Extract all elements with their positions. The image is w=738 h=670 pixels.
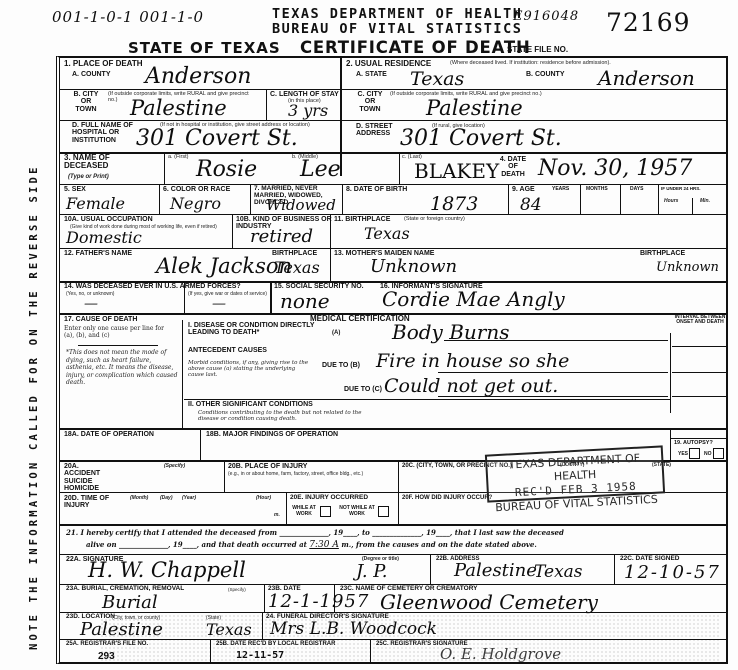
mother-birthplace-label: BIRTHPLACE (640, 250, 685, 257)
date-of-death-field[interactable]: Nov. 30, 1957 (538, 156, 692, 181)
scan-noise (100, 614, 720, 664)
injury-month-label: (Month) (130, 495, 148, 501)
mother-birthplace-field[interactable]: Unknown (656, 260, 719, 275)
not-at-work-option[interactable]: NOT WHILE AT WORK (338, 506, 389, 517)
age-hours-label: Hours (664, 198, 678, 204)
autopsy-no-option[interactable]: NO (704, 448, 724, 459)
marital-field[interactable]: Widowed (266, 196, 336, 214)
date-signed-field[interactable]: 12-10-57 (624, 562, 721, 583)
father-label: 12. FATHER'S NAME (64, 250, 132, 257)
injury-hour-label: (Hour) (256, 495, 271, 501)
father-field[interactable]: Alek Jackson (156, 254, 292, 278)
due-to-c-label: DUE TO (c) (344, 386, 382, 393)
while-at-work-label: WHILE AT WORK (290, 506, 318, 517)
injury-year-label: (Year) (182, 495, 196, 501)
certificate-title: CERTIFICATE OF DEATH (300, 38, 531, 57)
e-number: E916048 (513, 9, 579, 24)
cause-a-marker: (a) (332, 330, 340, 336)
res-county-field[interactable]: Anderson (598, 66, 695, 90)
armed-forces-field[interactable]: — (84, 296, 98, 312)
not-at-work-checkbox[interactable] (378, 506, 389, 517)
res-state-field[interactable]: Texas (410, 68, 464, 90)
side-note: NOTE THE INFORMATION CALLED FOR ON THE R… (28, 164, 40, 650)
injury-type-label: 20a. ACCIDENT SUICIDE HOMICIDE (64, 463, 114, 492)
certifier-signature-field[interactable]: H. W. Chappell (88, 558, 246, 582)
received-stamp: TEXAS DEPARTMENT OF HEALTH REC'D FEB 3 1… (485, 445, 665, 502)
antecedent-note: Morbid conditions, if any, giving rise t… (188, 360, 312, 378)
autopsy-no-checkbox[interactable] (713, 448, 724, 459)
burial-date-field[interactable]: 12-1-1957 (268, 591, 369, 612)
age-days-label: DAYS (630, 187, 643, 192)
cause-i-label: I. DISEASE OR CONDITION DIRECTLY LEADING… (188, 322, 326, 337)
birthplace-field[interactable]: Texas (364, 224, 410, 243)
interval-label: INTERVAL BETWEEN ONSET AND DEATH (673, 315, 727, 326)
certification-line-2: alive on ______________, 19____, and tha… (86, 540, 537, 550)
death-time-field[interactable]: 7:30 A (309, 540, 339, 550)
department-title: TEXAS DEPARTMENT OF HEALTH (272, 6, 522, 22)
cause-footnote: *This does not mean the mode of dying, s… (66, 349, 178, 387)
how-injury-label: 20f. HOW DID INJURY OCCUR? (402, 495, 492, 501)
injury-m-label: m. (274, 512, 280, 518)
county-label: a. COUNTY (72, 71, 111, 78)
informant-field[interactable]: Cordie Mae Angly (382, 287, 565, 311)
dob-label: 8. DATE OF BIRTH (346, 186, 407, 193)
res-street-label: d. STREET ADDRESS (356, 123, 396, 138)
birthplace-label: 11. BIRTHPLACE (334, 216, 390, 223)
other-conditions-label: II. OTHER SIGNIFICANT CONDITIONS (188, 401, 313, 408)
hospital-label: d. FULL NAME OF HOSPITAL OR INSTITUTION (72, 122, 142, 144)
antecedent-label: ANTECEDENT CAUSES (188, 347, 267, 354)
death-county-field[interactable]: Anderson (145, 64, 251, 89)
race-label: 6. COLOR OR RACE (163, 186, 230, 193)
res-county-label: b. COUNTY (526, 71, 565, 78)
disposition-field[interactable]: Burial (102, 592, 158, 613)
stay-field[interactable]: 3 yrs (288, 101, 328, 120)
dob-field[interactable]: 1873 (430, 193, 478, 215)
other-conditions-note: Conditions contributing to the death but… (198, 410, 378, 422)
cause-c-field[interactable]: Could not get out. (384, 375, 558, 397)
state-file-number: 72169 (606, 8, 691, 37)
age-years-label: YEARS (552, 187, 569, 192)
cause-a-field[interactable]: Body Burns (392, 320, 509, 344)
first-name-label: a. (First) (168, 154, 188, 160)
last-name-field[interactable]: BLAKEY (414, 159, 499, 183)
service-dates-field[interactable]: — (212, 296, 226, 312)
name-label: 3. NAME OF DECEASED (64, 154, 124, 171)
cause-label: 17. CAUSE OF DEATH (64, 316, 137, 323)
state-file-label: STATE FILE NO. (507, 45, 568, 54)
mother-field[interactable]: Unknown (370, 256, 457, 277)
res-city-label: c. CITY OR TOWN (356, 91, 384, 113)
autopsy-label: 19. AUTOPSY? (674, 441, 713, 447)
name-note: (Type or Print) (68, 174, 109, 180)
address-state-field[interactable]: Texas (534, 562, 583, 582)
sex-label: 5. SEX (64, 186, 86, 193)
father-birthplace-field[interactable]: Texas (274, 258, 320, 277)
injury-place-note: (e.g., in or about home, farm, factory, … (228, 471, 390, 477)
birthplace-note: (State or foreign country) (404, 216, 465, 222)
place-of-death-label: 1. PLACE OF DEATH (64, 60, 143, 68)
address-city-field[interactable]: Palestine (454, 560, 537, 581)
father-birthplace-label: BIRTHPLACE (272, 250, 317, 257)
date-of-death-label: 4. DATE OF DEATH (496, 156, 530, 178)
age-months-label: MONTHS (586, 187, 608, 192)
armed-forces-note-b: (If yes, give war or dates of service) (188, 291, 267, 297)
injury-time-label: 20d. TIME OF INJURY (64, 495, 118, 510)
due-to-b-label: DUE TO (b) (322, 362, 360, 369)
cause-b-field[interactable]: Fire in house so she (376, 350, 569, 372)
age-years-field[interactable]: 84 (520, 195, 542, 215)
hospital-field[interactable]: 301 Covert St. (136, 126, 298, 151)
business-field[interactable]: retired (250, 226, 313, 247)
autopsy-yes-label: YES (678, 451, 688, 457)
injury-occurred-label: 20e. INJURY OCCURRED (290, 495, 368, 502)
res-city-field[interactable]: Palestine (426, 96, 523, 120)
death-certificate-form: 1. PLACE OF DEATH a. COUNTY Anderson b. … (56, 56, 728, 664)
occupation-label: 10a. USUAL OCCUPATION (64, 216, 153, 223)
first-name-field[interactable]: Rosie (196, 157, 257, 182)
sex-field[interactable]: Female (66, 194, 125, 213)
operation-findings-label: 18b. MAJOR FINDINGS OF OPERATION (206, 431, 338, 438)
city-label: b. CITY OR TOWN (72, 91, 100, 113)
injury-type-note: (Specify) (164, 463, 185, 469)
death-city-field[interactable]: Palestine (130, 96, 227, 120)
autopsy-no-label: NO (704, 451, 712, 457)
middle-name-field[interactable]: Lee (300, 157, 341, 182)
while-at-work-option[interactable]: WHILE AT WORK (290, 506, 331, 517)
autopsy-yes-option[interactable]: YES (678, 448, 700, 459)
not-at-work-label: NOT WHILE AT WORK (338, 506, 376, 517)
age-under24-label: IF UNDER 24 HRS. (661, 187, 701, 192)
occupation-field[interactable]: Domestic (66, 228, 142, 247)
age-label: 9. AGE (512, 186, 535, 193)
disposition-note: (Specify) (228, 587, 246, 592)
cause-instruction: Enter only one cause per line for (a), (… (64, 325, 176, 339)
while-at-work-checkbox[interactable] (320, 506, 331, 517)
degree-field[interactable]: J. P. (356, 561, 387, 582)
res-street-field[interactable]: 301 Covert St. (400, 126, 562, 151)
certification-line-1: 21. I hereby certify that I attended the… (66, 528, 564, 537)
injury-place-label: 20b. PLACE OF INJURY (228, 463, 307, 470)
injury-day-label: (Day) (160, 495, 173, 501)
res-state-label: a. STATE (356, 71, 387, 78)
cemetery-field[interactable]: Gleenwood Cemetery (380, 590, 598, 614)
autopsy-yes-checkbox[interactable] (689, 448, 700, 459)
state-heading: STATE OF TEXAS (128, 39, 281, 57)
race-field[interactable]: Negro (170, 194, 221, 213)
bureau-title: BUREAU OF VITAL STATISTICS (272, 21, 522, 37)
ssn-field[interactable]: none (280, 289, 330, 313)
file-codes: 001-1-0-1 001-1-0 (52, 8, 204, 26)
operation-date-label: 18a. DATE OF OPERATION (64, 431, 154, 438)
age-min-label: Min. (700, 198, 710, 204)
